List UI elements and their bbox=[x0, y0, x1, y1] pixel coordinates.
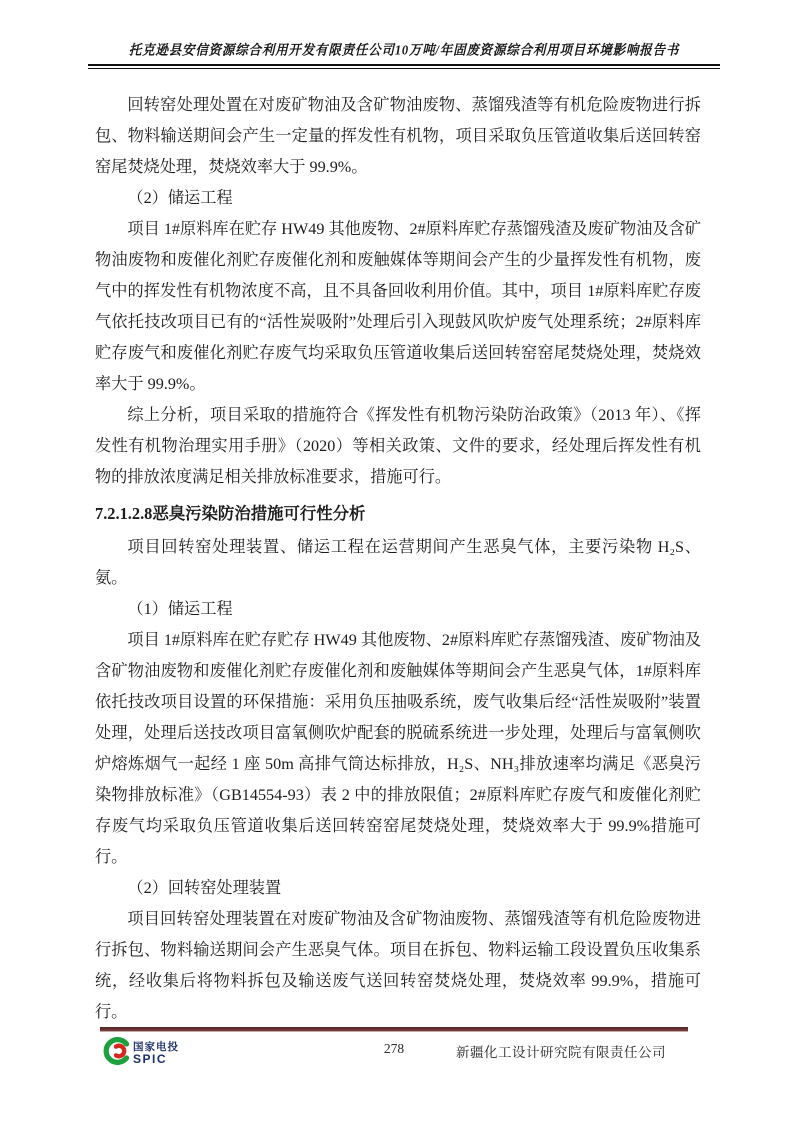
header-title: 托克逊县安信资源综合利用开发有限责任公司10万吨/年固废资源综合利用项目环境影响… bbox=[129, 39, 679, 59]
paragraph: （2）回转窑处理装置 bbox=[95, 873, 701, 904]
report-page: 托克逊县安信资源综合利用开发有限责任公司10万吨/年固废资源综合利用项目环境影响… bbox=[0, 0, 793, 1122]
document-body: 回转窑处理处置在对废矿物油及含矿物油废物、蒸馏残渣等有机危险废物进行拆包、物料输… bbox=[95, 90, 701, 1028]
page-footer: 国家电投 SPIC 278 新疆化工设计研究院有限责任公司 bbox=[100, 1036, 688, 1078]
paragraph: 项目回转窑处理装置在对废矿物油及含矿物油废物、蒸馏残渣等有机危险废物进行拆包、物… bbox=[95, 904, 701, 1028]
paragraph: （1）储运工程 bbox=[95, 594, 701, 625]
paragraph: 回转窑处理处置在对废矿物油及含矿物油废物、蒸馏残渣等有机危险废物进行拆包、物料输… bbox=[95, 90, 701, 183]
footer-company-name: 新疆化工设计研究院有限责任公司 bbox=[456, 1041, 666, 1061]
paragraph: （2）储运工程 bbox=[95, 183, 701, 214]
section-title: 恶臭污染防治措施可行性分析 bbox=[152, 505, 365, 523]
page-header: 托克逊县安信资源综合利用开发有限责任公司10万吨/年固废资源综合利用项目环境影响… bbox=[88, 40, 720, 69]
section-heading: 7.2.1.2.8恶臭污染防治措施可行性分析 bbox=[95, 498, 701, 530]
paragraph: 综上分析，项目采取的措施符合《挥发性有机物污染防治政策》（2013 年）、《挥发… bbox=[95, 400, 701, 493]
paragraph: 项目 1#原料库在贮存 HW49 其他废物、2#原料库贮存蒸馏残渣及废矿物油及含… bbox=[95, 214, 701, 400]
section-number: 7.2.1.2.8 bbox=[95, 504, 152, 523]
paragraph: 项目 1#原料库在贮存贮存 HW49 其他废物、2#原料库贮存蒸馏残渣、废矿物油… bbox=[95, 625, 701, 873]
paragraph: 项目回转窑处理装置、储运工程在运营期间产生恶臭气体，主要污染物 H₂S、氨。 bbox=[95, 532, 701, 594]
header-rule bbox=[88, 64, 720, 69]
footer-rule bbox=[100, 1027, 688, 1032]
